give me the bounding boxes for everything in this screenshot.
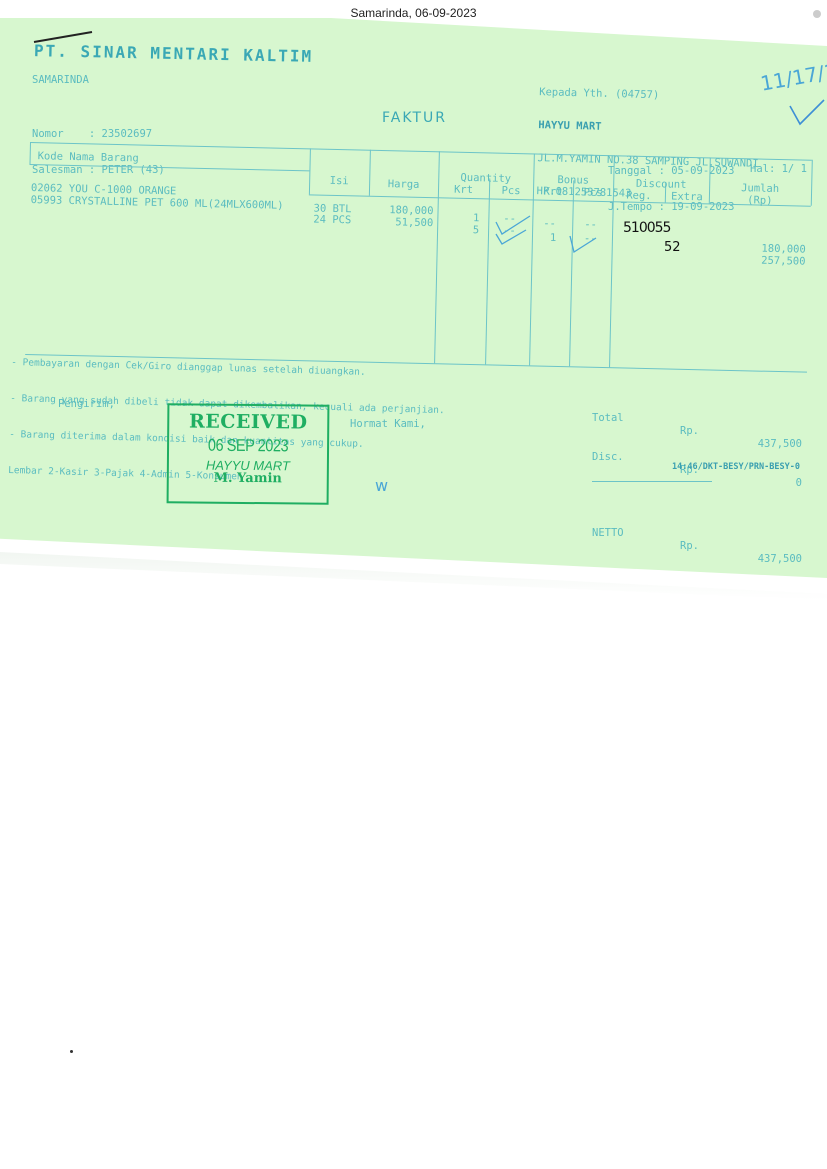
row-1-qty-krt: 1	[437, 211, 479, 224]
disc-value: 0	[796, 477, 802, 490]
totals-block: Total Rp. 437,500 Disc. Rp. 0 NETTO Rp. …	[592, 373, 802, 540]
stamp-owner: M. Yamin	[169, 470, 327, 486]
page-header-date: Samarinda, 06-09-2023	[0, 6, 827, 20]
table-border-left	[30, 142, 31, 164]
netto-label: NETTO	[592, 527, 624, 540]
document-title: FAKTUR	[382, 110, 447, 126]
total-row: Total Rp. 437,500	[592, 399, 802, 412]
header-bonus-pcs: Pcs	[573, 186, 613, 199]
total-currency: Rp.	[680, 425, 699, 438]
row-1-bonus-pcs: --	[584, 219, 597, 231]
disc-label: Disc.	[592, 451, 624, 464]
header-disc-reg: Reg.	[613, 189, 665, 202]
company-city: SAMARINDA	[32, 74, 89, 86]
row-2-item: 05993 CRYSTALLINE PET 600 ML(24MLX600ML)	[31, 194, 284, 212]
stamp-date: 06 SEP 2023	[181, 435, 315, 456]
checkmark-icon	[788, 96, 827, 132]
table-divider-name	[29, 164, 309, 171]
netto-currency: Rp.	[680, 540, 699, 553]
netto-value: 437,500	[758, 553, 802, 566]
received-stamp: RECEIVED 06 SEP 2023 HAYYU MART M. Yamin	[167, 403, 330, 504]
stamp-title: RECEIVED	[169, 410, 327, 433]
disc-row: Disc. Rp. 0	[592, 438, 802, 451]
scan-speck	[70, 1050, 73, 1053]
recipient-name: HAYYU MART	[538, 120, 759, 137]
row-2-qty-krt: 5	[437, 223, 479, 236]
row-2-jumlah: 257,500	[707, 253, 805, 267]
header-disc-extra: Extra	[665, 190, 709, 203]
header-bonus-krt: Krt	[533, 185, 573, 198]
checkmark-icon	[490, 212, 550, 262]
regards-label: Hormat Kami,	[350, 418, 426, 430]
recipient-label: Kepada Yth. (04757)	[539, 87, 760, 104]
col-line	[309, 148, 311, 194]
total-label: Total	[592, 412, 624, 425]
header-kode-nama: Kode Nama Barang	[38, 150, 139, 164]
header-jumlah: Jumlah (Rp)	[709, 181, 812, 207]
header-qty-pcs: Pcs	[489, 184, 533, 197]
row-2-isi: 24 PCS	[313, 213, 351, 226]
scan-speck	[813, 10, 821, 18]
netto-row: NETTO Rp. 437,500	[592, 514, 802, 527]
invoice-number: Nomor : 23502697	[32, 128, 165, 140]
print-code: 14:46/DKT-BESY/PRN-BESY-0	[672, 462, 800, 472]
col-line	[485, 178, 490, 364]
pen-strike-mark	[32, 26, 102, 50]
row-2-harga: 51,500	[368, 216, 433, 229]
handwritten-note: 52	[664, 240, 681, 255]
checkmark-icon	[566, 232, 616, 262]
handwritten-note: 510055	[623, 220, 670, 236]
sender-signature-label: Pengirim,	[58, 398, 115, 410]
header-qty-krt: Krt	[438, 183, 489, 196]
header-harga: Harga	[369, 178, 438, 192]
signature: w	[375, 476, 388, 495]
note-line: - Pembayaran dengan Cek/Giro dianggap lu…	[11, 357, 446, 381]
header-isi: Isi	[309, 174, 369, 187]
col-line	[569, 180, 574, 366]
row-2-bonus-krt: 1	[550, 232, 557, 244]
